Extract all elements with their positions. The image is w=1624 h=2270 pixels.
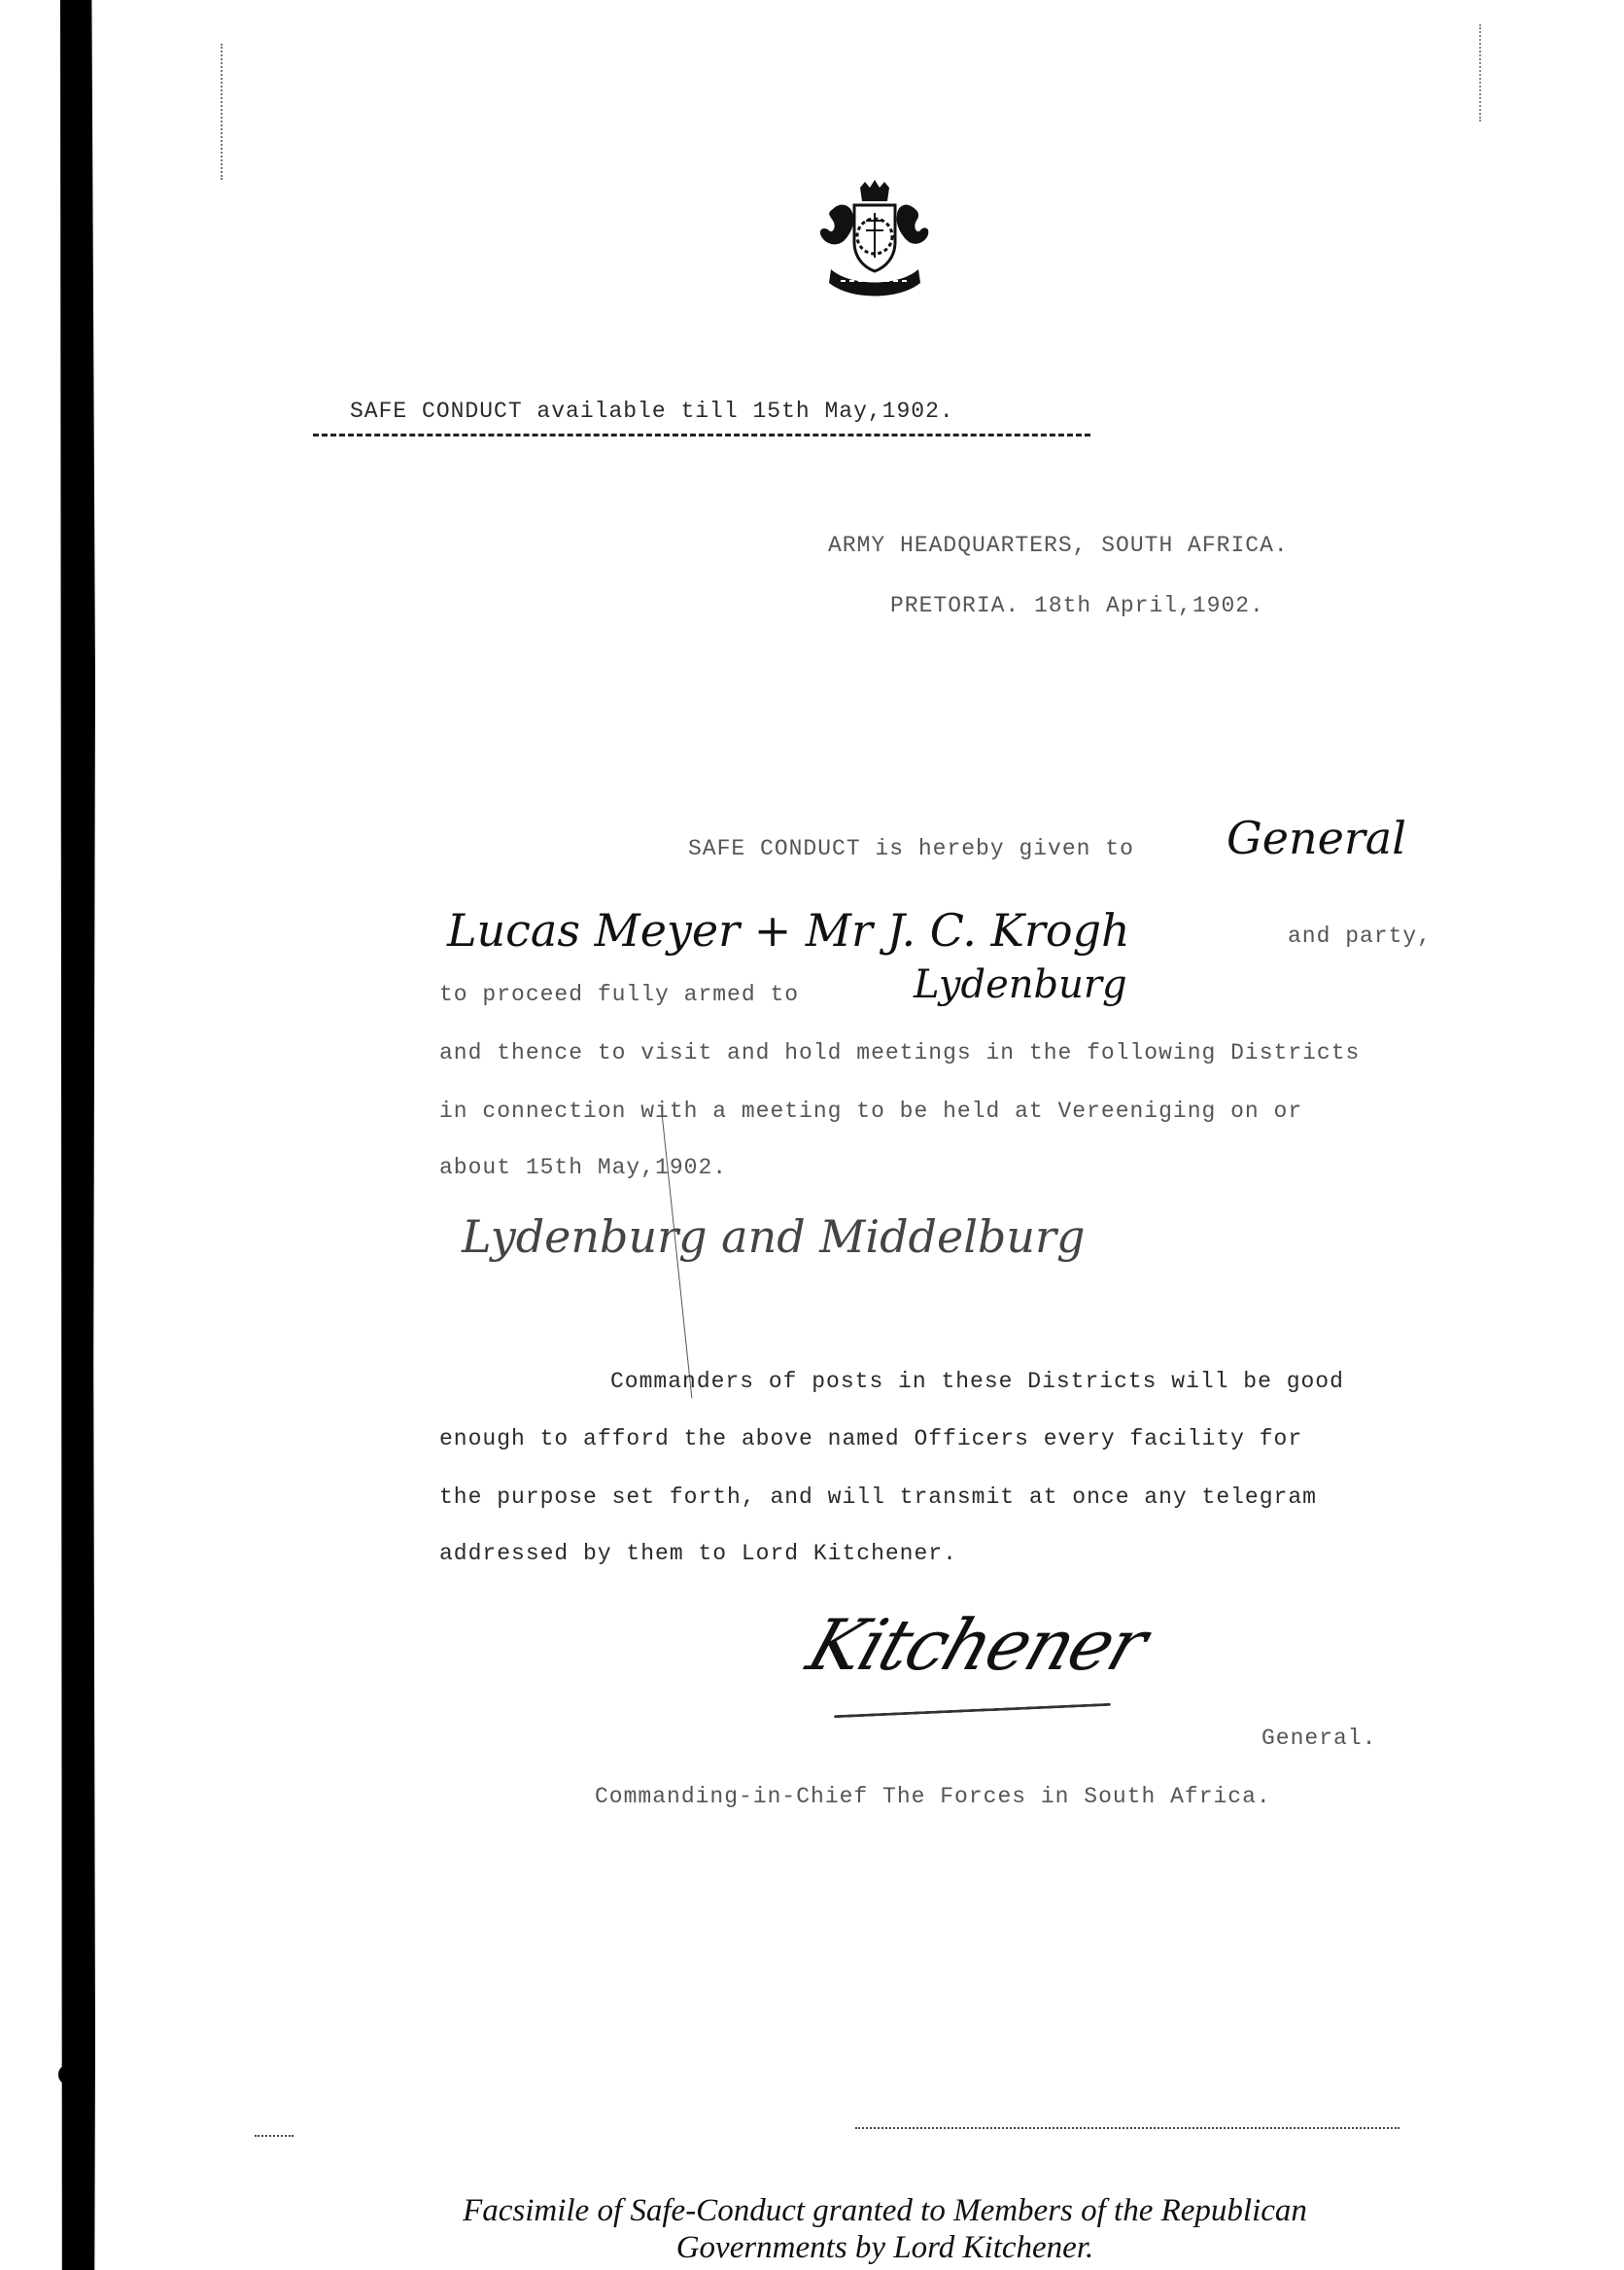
body-line-3-handwritten-destination: Lydenburg bbox=[914, 962, 1127, 1007]
instructions-line-1: Commanders of posts in these Districts w… bbox=[610, 1369, 1344, 1394]
scan-fold-mark-right bbox=[1479, 24, 1481, 122]
signature-kitchener: Kitchener bbox=[798, 1604, 1156, 1686]
caption-line-1: Facsimile of Safe-Conduct granted to Mem… bbox=[146, 2192, 1624, 2229]
signature-underline bbox=[834, 1703, 1111, 1718]
caption-line-2: Governments by Lord Kitchener. bbox=[146, 2229, 1624, 2266]
figure-caption: Facsimile of Safe-Conduct granted to Mem… bbox=[0, 2192, 1624, 2266]
address-line-1: ARMY HEADQUARTERS, SOUTH AFRICA. bbox=[828, 533, 1289, 558]
body-line-2-typed: and party, bbox=[1288, 924, 1432, 949]
royal-coat-of-arms-icon bbox=[812, 180, 938, 301]
scan-binding-notch bbox=[58, 2066, 72, 2083]
body-line-6-typed: about 15th May,1902. bbox=[439, 1155, 727, 1180]
signatory-title: Commanding-in-Chief The Forces in South … bbox=[595, 1784, 1271, 1809]
districts-handwritten: Lydenburg and Middelburg bbox=[462, 1210, 1085, 1263]
body-line-2-handwritten-names: Lucas Meyer + Mr J. C. Krogh bbox=[447, 904, 1130, 957]
instructions-line-3: the purpose set forth, and will transmit… bbox=[439, 1484, 1317, 1510]
header-dashed-rule bbox=[313, 434, 1090, 437]
body-line-3-typed: to proceed fully armed to bbox=[439, 982, 799, 1007]
scan-binding-edge bbox=[60, 0, 95, 2270]
scan-fold-mark-left bbox=[221, 44, 223, 180]
address-date-line: PRETORIA. 18th April,1902. bbox=[890, 593, 1264, 618]
body-line-1-handwritten: General bbox=[1227, 812, 1406, 864]
signatory-rank: General. bbox=[1261, 1726, 1376, 1751]
body-line-4-typed: and thence to visit and hold meetings in… bbox=[439, 1040, 1360, 1065]
body-line-5-typed: in connection with a meeting to be held … bbox=[439, 1099, 1302, 1124]
body-line-1-typed: SAFE CONDUCT is hereby given to bbox=[688, 836, 1134, 861]
scan-page-edge-left bbox=[255, 2135, 294, 2137]
validity-header: SAFE CONDUCT available till 15th May,190… bbox=[350, 399, 954, 424]
scan-page-edge-right bbox=[855, 2127, 1399, 2129]
instructions-line-4: addressed by them to Lord Kitchener. bbox=[439, 1541, 957, 1566]
instructions-line-2: enough to afford the above named Officer… bbox=[439, 1426, 1302, 1451]
